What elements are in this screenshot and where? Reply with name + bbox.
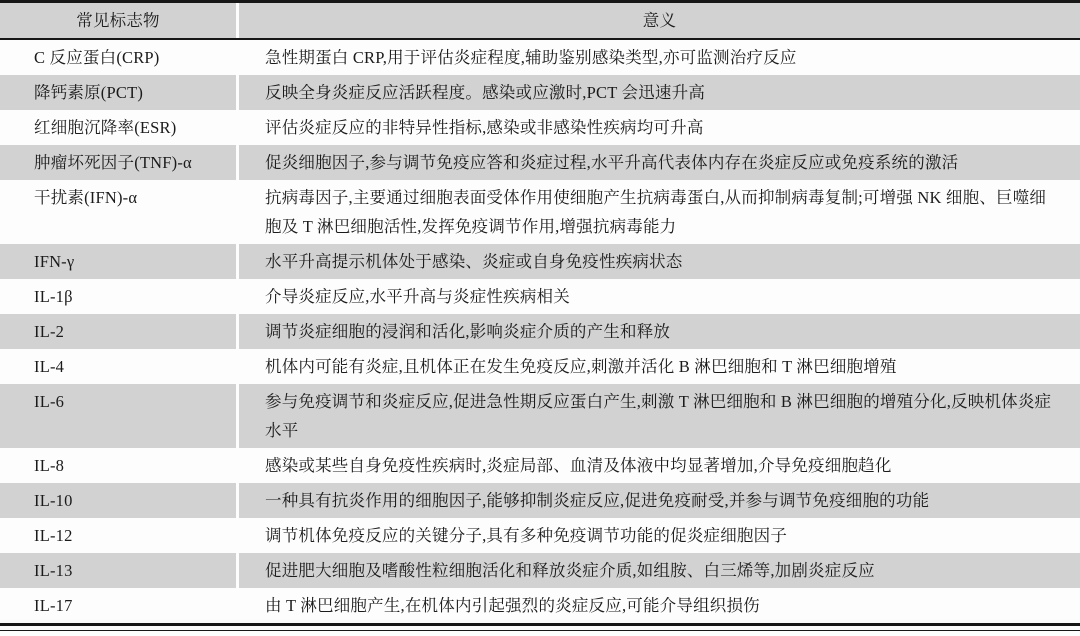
meaning-cell: 感染或某些自身免疫性疾病时,炎症局部、血清及体液中均显著增加,介导免疫细胞趋化 bbox=[239, 448, 1080, 483]
meaning-cell: 促进肥大细胞及嗜酸性粒细胞活化和释放炎症介质,如组胺、白三烯等,加剧炎症反应 bbox=[239, 553, 1080, 588]
meaning-cell: 急性期蛋白 CRP,用于评估炎症程度,辅助鉴别感染类型,亦可监测治疗反应 bbox=[239, 40, 1080, 75]
meaning-cell: 参与免疫调节和炎症反应,促进急性期反应蛋白产生,刺激 T 淋巴细胞和 B 淋巴细… bbox=[239, 384, 1080, 448]
marker-cell: 肿瘤坏死因子(TNF)-α bbox=[0, 145, 236, 180]
marker-cell: IL-13 bbox=[0, 553, 236, 588]
meaning-cell: 促炎细胞因子,参与调节免疫应答和炎症过程,水平升高代表体内存在炎症反应或免疫系统… bbox=[239, 145, 1080, 180]
table-bottom-rule bbox=[0, 623, 1080, 631]
column-header-marker: 常见标志物 bbox=[0, 3, 236, 38]
meaning-cell: 抗病毒因子,主要通过细胞表面受体作用使细胞产生抗病毒蛋白,从而抑制病毒复制;可增… bbox=[239, 180, 1080, 244]
table-row: IL-2调节炎症细胞的浸润和活化,影响炎症介质的产生和释放 bbox=[0, 314, 1080, 349]
marker-cell: IL-10 bbox=[0, 483, 236, 518]
meaning-cell: 由 T 淋巴细胞产生,在机体内引起强烈的炎症反应,可能介导组织损伤 bbox=[239, 588, 1080, 623]
marker-cell: C 反应蛋白(CRP) bbox=[0, 40, 236, 75]
table-row: C 反应蛋白(CRP)急性期蛋白 CRP,用于评估炎症程度,辅助鉴别感染类型,亦… bbox=[0, 40, 1080, 75]
meaning-cell: 水平升高提示机体处于感染、炎症或自身免疫性疾病状态 bbox=[239, 244, 1080, 279]
marker-cell: IL-1β bbox=[0, 279, 236, 314]
table-row: IL-4机体内可能有炎症,且机体正在发生免疫反应,刺激并活化 B 淋巴细胞和 T… bbox=[0, 349, 1080, 384]
meaning-cell: 调节机体免疫反应的关键分子,具有多种免疫调节功能的促炎症细胞因子 bbox=[239, 518, 1080, 553]
table-row: IFN-γ水平升高提示机体处于感染、炎症或自身免疫性疾病状态 bbox=[0, 244, 1080, 279]
marker-cell: IFN-γ bbox=[0, 244, 236, 279]
table-row: 肿瘤坏死因子(TNF)-α促炎细胞因子,参与调节免疫应答和炎症过程,水平升高代表… bbox=[0, 145, 1080, 180]
table-row: IL-12调节机体免疫反应的关键分子,具有多种免疫调节功能的促炎症细胞因子 bbox=[0, 518, 1080, 553]
table-row: IL-1β介导炎症反应,水平升高与炎症性疾病相关 bbox=[0, 279, 1080, 314]
marker-cell: IL-6 bbox=[0, 384, 236, 448]
marker-cell: 红细胞沉降率(ESR) bbox=[0, 110, 236, 145]
marker-cell: IL-2 bbox=[0, 314, 236, 349]
table-body: C 反应蛋白(CRP)急性期蛋白 CRP,用于评估炎症程度,辅助鉴别感染类型,亦… bbox=[0, 40, 1080, 623]
table-row: 降钙素原(PCT)反映全身炎症反应活跃程度。感染或应激时,PCT 会迅速升高 bbox=[0, 75, 1080, 110]
table-row: IL-10一种具有抗炎作用的细胞因子,能够抑制炎症反应,促进免疫耐受,并参与调节… bbox=[0, 483, 1080, 518]
meaning-cell: 调节炎症细胞的浸润和活化,影响炎症介质的产生和释放 bbox=[239, 314, 1080, 349]
marker-cell: IL-8 bbox=[0, 448, 236, 483]
column-header-meaning: 意义 bbox=[239, 3, 1080, 38]
meaning-cell: 一种具有抗炎作用的细胞因子,能够抑制炎症反应,促进免疫耐受,并参与调节免疫细胞的… bbox=[239, 483, 1080, 518]
marker-cell: IL-17 bbox=[0, 588, 236, 623]
table-header-row: 常见标志物 意义 bbox=[0, 3, 1080, 40]
table-row: IL-8感染或某些自身免疫性疾病时,炎症局部、血清及体液中均显著增加,介导免疫细… bbox=[0, 448, 1080, 483]
marker-cell: IL-4 bbox=[0, 349, 236, 384]
table-row: 干扰素(IFN)-α抗病毒因子,主要通过细胞表面受体作用使细胞产生抗病毒蛋白,从… bbox=[0, 180, 1080, 244]
inflammation-markers-table: 常见标志物 意义 C 反应蛋白(CRP)急性期蛋白 CRP,用于评估炎症程度,辅… bbox=[0, 0, 1080, 623]
meaning-cell: 介导炎症反应,水平升高与炎症性疾病相关 bbox=[239, 279, 1080, 314]
meaning-cell: 评估炎症反应的非特异性指标,感染或非感染性疾病均可升高 bbox=[239, 110, 1080, 145]
marker-cell: 干扰素(IFN)-α bbox=[0, 180, 236, 244]
table-row: 红细胞沉降率(ESR)评估炎症反应的非特异性指标,感染或非感染性疾病均可升高 bbox=[0, 110, 1080, 145]
table-row: IL-6参与免疫调节和炎症反应,促进急性期反应蛋白产生,刺激 T 淋巴细胞和 B… bbox=[0, 384, 1080, 448]
marker-cell: 降钙素原(PCT) bbox=[0, 75, 236, 110]
table-row: IL-13促进肥大细胞及嗜酸性粒细胞活化和释放炎症介质,如组胺、白三烯等,加剧炎… bbox=[0, 553, 1080, 588]
meaning-cell: 机体内可能有炎症,且机体正在发生免疫反应,刺激并活化 B 淋巴细胞和 T 淋巴细… bbox=[239, 349, 1080, 384]
table-row: IL-17由 T 淋巴细胞产生,在机体内引起强烈的炎症反应,可能介导组织损伤 bbox=[0, 588, 1080, 623]
meaning-cell: 反映全身炎症反应活跃程度。感染或应激时,PCT 会迅速升高 bbox=[239, 75, 1080, 110]
marker-cell: IL-12 bbox=[0, 518, 236, 553]
